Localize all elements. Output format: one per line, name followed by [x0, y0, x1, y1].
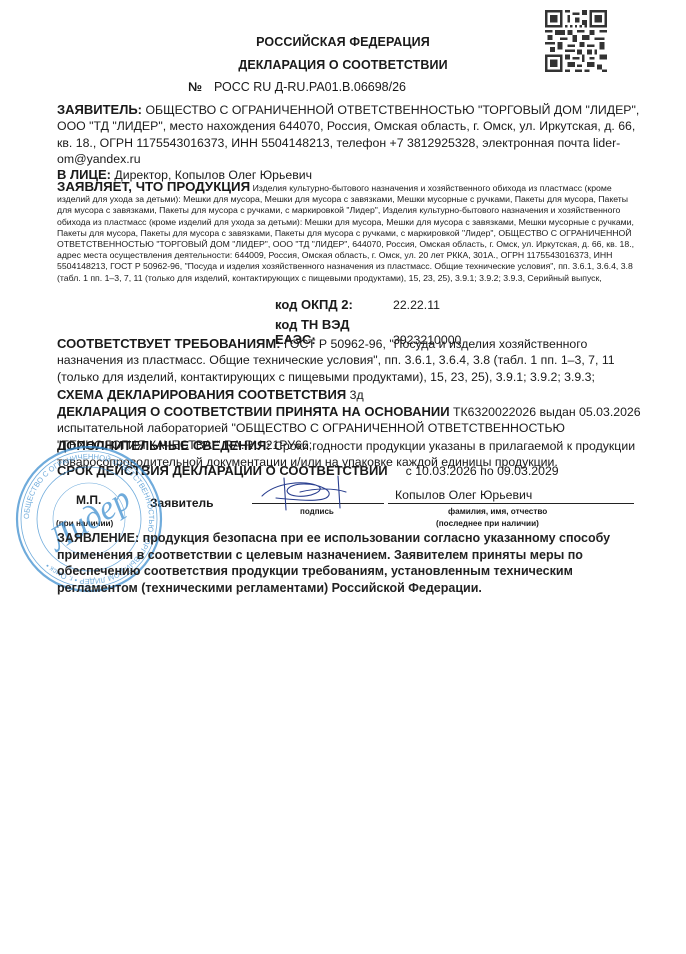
name-caption-note: (последнее при наличии): [436, 519, 539, 528]
statement-label: ЗАЯВЛЕНИЕ:: [57, 531, 139, 545]
number-sign: №: [188, 80, 202, 94]
okpd-label: код ОКПД 2:: [275, 297, 393, 312]
signature-caption: подпись: [300, 507, 334, 516]
declaration-number-value: РОСС RU Д-RU.PA01.B.06698/26: [214, 80, 406, 94]
basis-label: ДЕКЛАРАЦИЯ О СООТВЕТСТВИИ ПРИНЯТА НА ОСН…: [57, 404, 450, 419]
signatory-name: Копылов Олег Юрьевич: [395, 488, 532, 502]
seal-label: М.П.: [76, 493, 101, 507]
seal-caption: (при наличии): [56, 519, 113, 528]
scheme-label: СХЕМА ДЕКЛАРИРОВАНИЯ СООТВЕТСТВИЯ: [57, 387, 346, 402]
additional-info-label: ДОПОЛНИТЕЛЬНЫЕ СВЕДЕНИЯ:: [57, 438, 271, 453]
validity-value: с 10.03.2026 по 09.03.2029: [406, 464, 559, 478]
product-section: ЗАЯВЛЯЕТ, ЧТО ПРОДУКЦИЯ Изделия культурн…: [57, 181, 642, 284]
qr-code-icon: [545, 10, 607, 72]
okpd-code-row: код ОКПД 2:22.22.11: [275, 297, 440, 312]
signature-line: [252, 503, 384, 504]
product-label: ЗАЯВЛЯЕТ, ЧТО ПРОДУКЦИЯ: [57, 179, 250, 194]
applicant-text: ОБЩЕСТВО С ОГРАНИЧЕННОЙ ОТВЕТСТВЕННОСТЬЮ…: [57, 103, 639, 166]
validity-label: СРОК ДЕЙСТВИЯ ДЕКЛАРАЦИИ О СООТВЕТСТВИИ: [57, 463, 388, 478]
product-text: Изделия культурно-бытового назначения и …: [57, 183, 634, 283]
declaration-number: №РОСС RU Д-RU.PA01.B.06698/26: [188, 80, 406, 94]
applicant-label: ЗАЯВИТЕЛЬ:: [57, 102, 142, 117]
okpd-value: 22.22.11: [393, 298, 440, 312]
scheme-value: 3д: [350, 388, 364, 402]
handwritten-signature-icon: [256, 472, 356, 512]
applicant-section: ЗАЯВИТЕЛЬ: ОБЩЕСТВО С ОГРАНИЧЕННОЙ ОТВЕТ…: [57, 102, 642, 183]
name-caption: фамилия, имя, отчество: [448, 507, 547, 516]
scheme-section: СХЕМА ДЕКЛАРИРОВАНИЯ СООТВЕТСТВИЯ 3д: [57, 387, 642, 403]
requirements-section: СООТВЕТСТВУЕТ ТРЕБОВАНИЯМ: ГОСТ Р 50962-…: [57, 336, 642, 385]
name-line: [388, 503, 634, 504]
statement-section: ЗАЯВЛЕНИЕ: продукция безопасна при ее ис…: [57, 530, 637, 596]
requirements-label: СООТВЕТСТВУЕТ ТРЕБОВАНИЯМ:: [57, 336, 281, 351]
validity-row: СРОК ДЕЙСТВИЯ ДЕКЛАРАЦИИ О СООТВЕТСТВИИс…: [57, 463, 559, 478]
statement-text: продукция безопасна при ее использовании…: [57, 531, 610, 595]
applicant-signature-label: Заявитель: [150, 496, 214, 510]
